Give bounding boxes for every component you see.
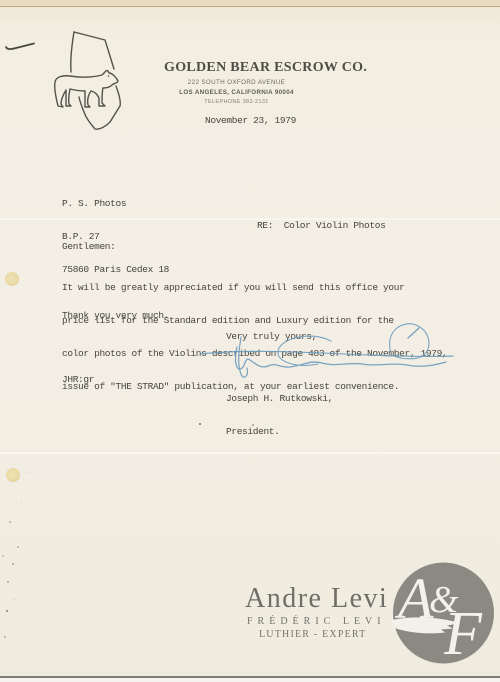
signer-name: Joseph H. Rutkowski,: [226, 393, 333, 404]
pen-mark-icon: [4, 36, 38, 50]
scan-bottom-margin: [0, 678, 500, 682]
subject-line: RE: Color Violin Photos: [257, 220, 385, 231]
body-line: It will be greatly appreciated if you wi…: [62, 282, 447, 293]
company-address-line2: LOS ANGELES, CALIFORNIA 90004: [146, 89, 327, 96]
salutation: Gentlemen:: [62, 241, 116, 252]
scan-top-edge: [0, 0, 500, 7]
company-address-line1: 222 SOUTH OXFORD AVENUE: [146, 79, 327, 86]
body-paragraph-2: Thank you very much.: [62, 310, 169, 321]
california-bear-logo-icon: [42, 20, 137, 138]
company-name: GOLDEN BEAR ESCROW CO.: [164, 60, 336, 76]
reference-initials: JHR:gr: [62, 374, 94, 385]
signer-title: President.: [226, 426, 333, 437]
recipient-line: P. S. Photos: [62, 198, 169, 209]
signer-block: Joseph H. Rutkowski, President.: [226, 371, 333, 459]
company-phone: TELEPHONE 382-2131: [146, 99, 327, 105]
af-monogram-icon: A & F: [392, 561, 496, 666]
letter-date: November 23, 1979: [205, 115, 296, 126]
stamp-name-large: Andre Levi: [245, 584, 395, 614]
stamp-name-small: FRÉDÉRIC LEVI: [247, 616, 386, 627]
monogram-letter-f: F: [443, 600, 483, 666]
punch-hole-top: [5, 272, 19, 286]
stamp-role: LUTHIER - EXPERT: [259, 629, 366, 640]
scanned-letter-page: GOLDEN BEAR ESCROW CO. 222 SOUTH OXFORD …: [0, 0, 500, 682]
punch-hole-bottom: [6, 468, 20, 482]
